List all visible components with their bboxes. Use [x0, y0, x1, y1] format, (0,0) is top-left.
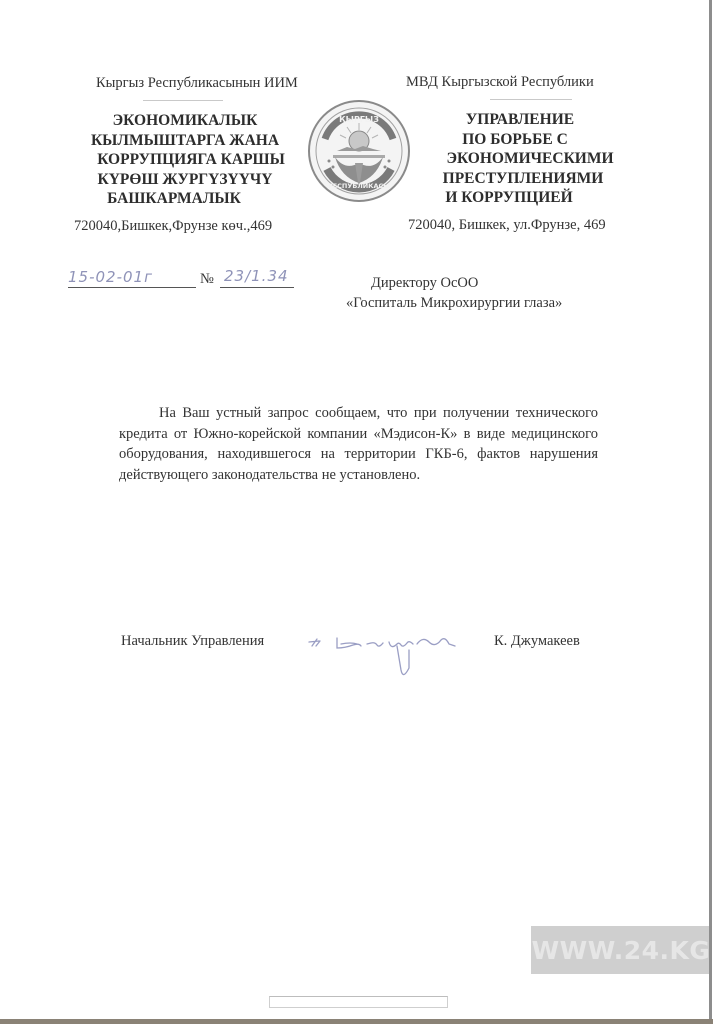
svg-text:РЕСПУБЛИКАСЫ: РЕСПУБЛИКАСЫ [328, 182, 390, 190]
date-underline [68, 287, 196, 288]
watermark-text: WWW.24.KG [532, 936, 711, 965]
website-watermark: WWW.24.KG [531, 926, 711, 974]
number-underline [220, 287, 294, 288]
letter-body: На Ваш устный запрос сообщаем, что при п… [119, 403, 598, 485]
left-org-line: БАШКАРМАЛЫК [58, 189, 290, 209]
left-org-line: КОРРУПЦИЯГА КАРШЫ [92, 150, 290, 170]
right-org-line: ПО БОРЬБЕ С [400, 130, 630, 150]
right-ministry-name: МВД Кыргызской Республики [406, 74, 594, 91]
number-sign: № [200, 271, 214, 288]
addressee-line-2: «Госпиталь Микрохирургии глаза» [346, 295, 562, 312]
footer-box [269, 996, 448, 1008]
right-org-line: ЭКОНОМИЧЕСКИМИ [430, 149, 630, 169]
left-ministry-name: Кыргыз Республикасынын ИИМ [96, 75, 298, 92]
signatory-title: Начальник Управления [121, 633, 264, 650]
signatory-name: К. Джумакеев [494, 633, 580, 650]
left-address: 720040,Бишкек,Фрунзе көч.,469 [74, 218, 272, 235]
left-header-rule [143, 100, 223, 101]
document-page: Кыргыз Республикасынын ИИМ ЭКОНОМИКАЛЫК … [0, 0, 713, 1024]
left-org-line: КЫЛМЫШТАРГА ЖАНА [80, 131, 290, 151]
handwritten-signature-icon [305, 628, 465, 684]
body-paragraph: На Ваш устный запрос сообщаем, что при п… [119, 403, 598, 485]
left-org-line: КҮРӨШ ЖУРГҮЗҮҮЧҮ [80, 170, 290, 190]
right-address: 720040, Бишкек, ул.Фрунзе, 469 [408, 217, 606, 234]
scan-edge-bottom [0, 1019, 713, 1024]
letter-number: 23/1.34 [224, 267, 289, 285]
scan-edge-right [709, 0, 712, 1024]
right-org-name: УПРАВЛЕНИЕ ПО БОРЬБЕ С ЭКОНОМИЧЕСКИМИ ПР… [430, 110, 630, 208]
svg-text:КЫРГЫЗ: КЫРГЫЗ [339, 115, 379, 124]
left-org-line: ЭКОНОМИКАЛЫК [80, 111, 290, 131]
letter-date: 15-02-01г [68, 268, 153, 286]
addressee-line-1: Директору ОсОО [371, 275, 478, 292]
right-header-rule [490, 99, 572, 100]
left-org-name: ЭКОНОМИКАЛЫК КЫЛМЫШТАРГА ЖАНА КОРРУПЦИЯГ… [80, 111, 290, 209]
right-org-line: И КОРРУПЦИЕЙ [388, 188, 630, 208]
right-org-line: УПРАВЛЕНИЕ [410, 110, 630, 130]
right-org-line: ПРЕСТУПЛЕНИЯМИ [416, 169, 630, 189]
